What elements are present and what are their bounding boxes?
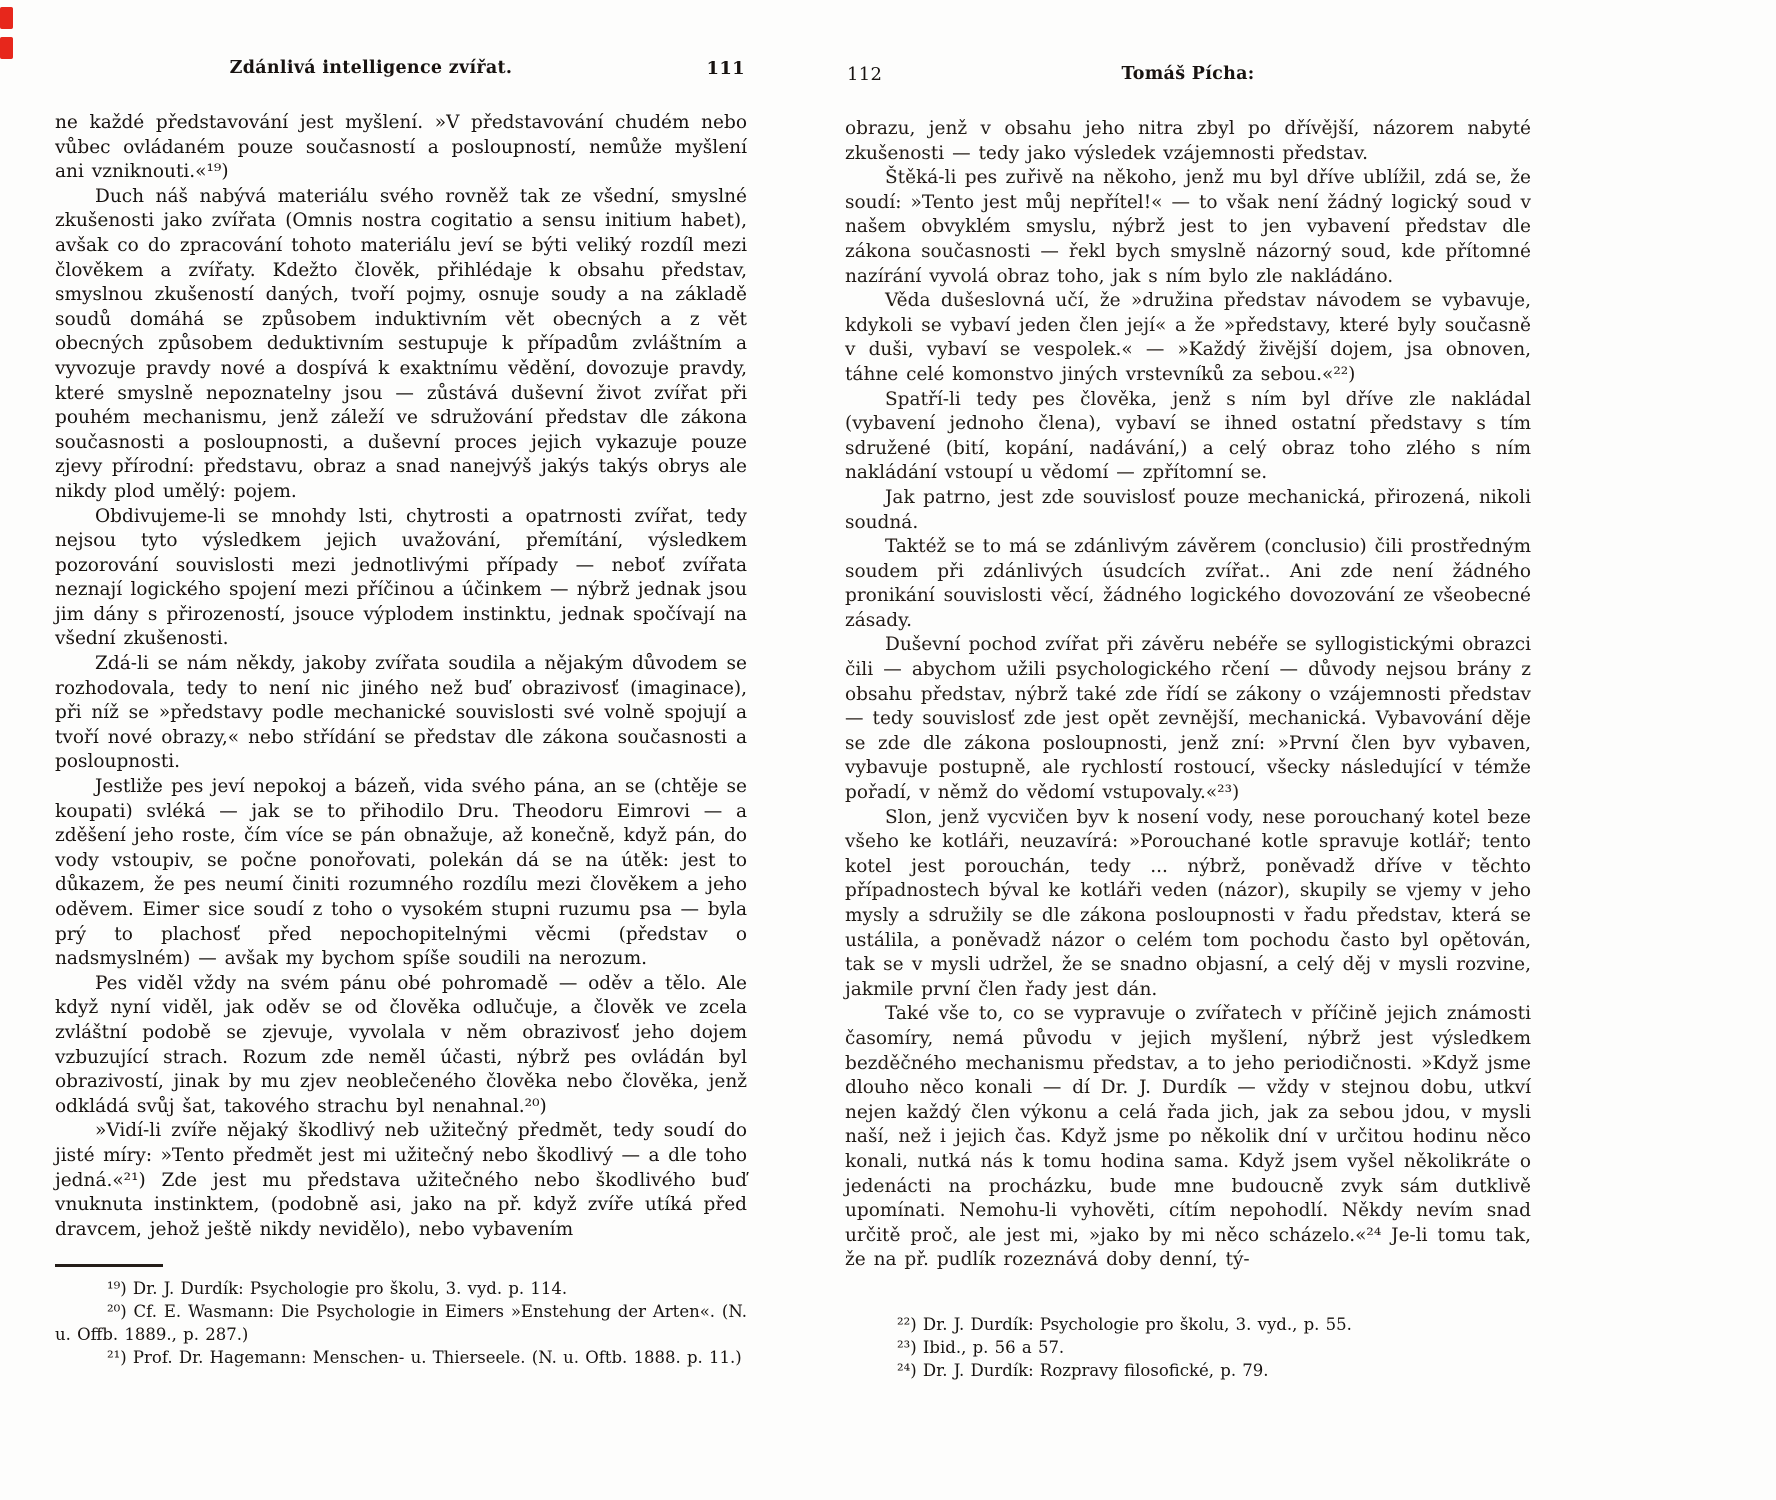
paragraph: Věda dušeslovná učí, že »družina předsta… [845, 289, 1531, 387]
paragraph: Jak patrno, jest zde souvislosť pouze me… [845, 486, 1531, 535]
paragraph: »Vidí-li zvíře nějaký škodlivý neb užite… [55, 1119, 747, 1242]
paragraph: Zdá-li se nám někdy, jakoby zvířata soud… [55, 652, 747, 775]
footnote: ²⁴) Dr. J. Durdík: Rozpravy filosofické,… [845, 1359, 1531, 1382]
book-spread: Zdánlivá intelligence zvířat. 111 ne kaž… [0, 0, 1776, 1500]
page-left-body: ne každé představování jest myšlení. »V … [55, 111, 747, 1242]
footnote: ²¹) Prof. Dr. Hagemann: Menschen- u. Thi… [55, 1346, 747, 1369]
paragraph: Také vše to, co se vypravuje o zvířatech… [845, 1002, 1531, 1273]
page-left-header: Zdánlivá intelligence zvířat. 111 [55, 58, 747, 84]
paragraph: Obdivujeme-li se mnohdy lsti, chytrosti … [55, 505, 747, 653]
page-right-footnotes: ²²) Dr. J. Durdík: Psychologie pro školu… [845, 1313, 1531, 1382]
paragraph: obrazu, jenž v obsahu jeho nitra zbyl po… [845, 117, 1531, 166]
page-number-left: 111 [707, 58, 745, 79]
page-right-footnote-block: ²²) Dr. J. Durdík: Psychologie pro školu… [845, 1313, 1531, 1382]
red-mark-bottom [0, 37, 13, 59]
paragraph: Slon, jenž vycvičen byv k nosení vody, n… [845, 806, 1531, 1003]
footnote: ²⁰) Cf. E. Wasmann: Die Psychologie in E… [55, 1300, 747, 1346]
paragraph: Duch náš nabývá materiálu svého rovněž t… [55, 185, 747, 505]
paragraph: Spatří-li tedy pes člověka, jenž s ním b… [845, 388, 1531, 486]
footnote: ²³) Ibid., p. 56 a 57. [845, 1336, 1531, 1359]
paragraph: Duševní pochod zvířat při závěru nebéře … [845, 633, 1531, 805]
paragraph: Taktéž se to má se zdánlivým závěrem (co… [845, 535, 1531, 633]
footnote: ¹⁹) Dr. J. Durdík: Psychologie pro školu… [55, 1277, 747, 1300]
page-left-footnote-block: ¹⁹) Dr. J. Durdík: Psychologie pro školu… [55, 1264, 747, 1369]
running-title-left: Zdánlivá intelligence zvířat. [55, 58, 687, 78]
page-right-header: 112 Tomáš Pícha: [845, 64, 1531, 90]
paragraph: Jestliže pes jeví nepokoj a bázeň, vida … [55, 775, 747, 972]
page-left-footnotes: ¹⁹) Dr. J. Durdík: Psychologie pro školu… [55, 1277, 747, 1369]
page-right: 112 Tomáš Pícha: obrazu, jenž v obsahu j… [845, 0, 1531, 1382]
footnote-rule [55, 1264, 163, 1267]
page-right-body: obrazu, jenž v obsahu jeho nitra zbyl po… [845, 117, 1531, 1273]
running-title-right: Tomáš Pícha: [845, 64, 1531, 84]
page-left: Zdánlivá intelligence zvířat. 111 ne kaž… [55, 0, 747, 1369]
paragraph: Štěká-li pes zuřivě na někoho, jenž mu b… [845, 166, 1531, 289]
paragraph: Pes viděl vždy na svém pánu obé pohromad… [55, 972, 747, 1120]
red-mark-top [0, 7, 13, 29]
footnote: ²²) Dr. J. Durdík: Psychologie pro školu… [845, 1313, 1531, 1336]
paragraph: ne každé představování jest myšlení. »V … [55, 111, 747, 185]
